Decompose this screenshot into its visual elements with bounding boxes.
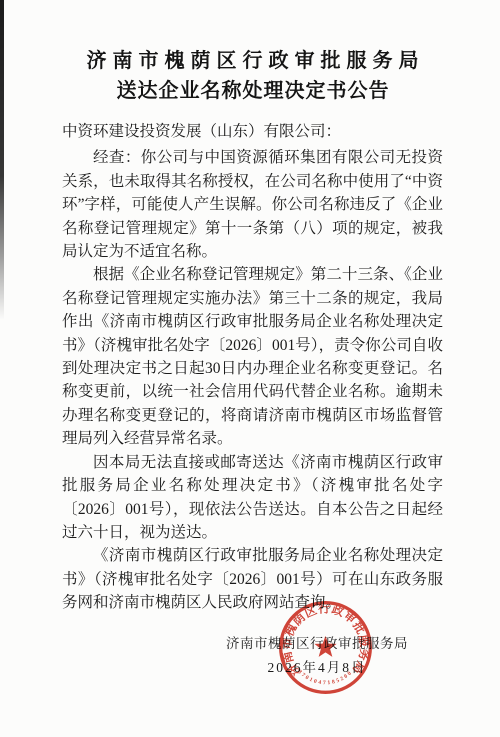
body-paragraph: 因本局无法直接或邮寄送达《济南市槐荫区行政审批服务局企业名称处理决定书》（济槐审…	[62, 451, 443, 545]
document-body: 中资环建设投资发展（山东）有限公司： 经查：你公司与中国资源循环集团有限公司无投…	[62, 120, 443, 615]
document-title-line2: 送达企业名称处理决定书公告	[62, 76, 443, 106]
document-title: 济南市槐荫区行政审批服务局 送达企业名称处理决定书公告	[62, 46, 443, 106]
body-paragraph: 《济南市槐荫区行政审批服务局企业名称处理决定书》（济槐审批名处字〔2026〕00…	[62, 544, 443, 614]
signature-name: 济南市槐荫区行政审批服务局	[202, 634, 432, 654]
signature-block: 济南市槐荫区行政审批服务局 2026年4月8日	[202, 634, 432, 678]
signature-date: 2026年4月8日	[202, 658, 432, 678]
scanned-notice-page: 济南市槐荫区行政审批服务局 送达企业名称处理决定书公告 中资环建设投资发展（山东…	[0, 0, 500, 737]
recipient-line: 中资环建设投资发展（山东）有限公司：	[62, 120, 443, 143]
left-edge-scan-artifact	[0, 0, 4, 320]
body-paragraph: 根据《企业名称登记管理规定》第二十三条、《企业名称登记管理规定实施办法》第三十二…	[62, 263, 443, 450]
body-paragraph: 经查：你公司与中国资源循环集团有限公司无投资关系，也未取得其名称授权，在公司名称…	[62, 146, 443, 263]
document-title-line1: 济南市槐荫区行政审批服务局	[62, 46, 443, 76]
